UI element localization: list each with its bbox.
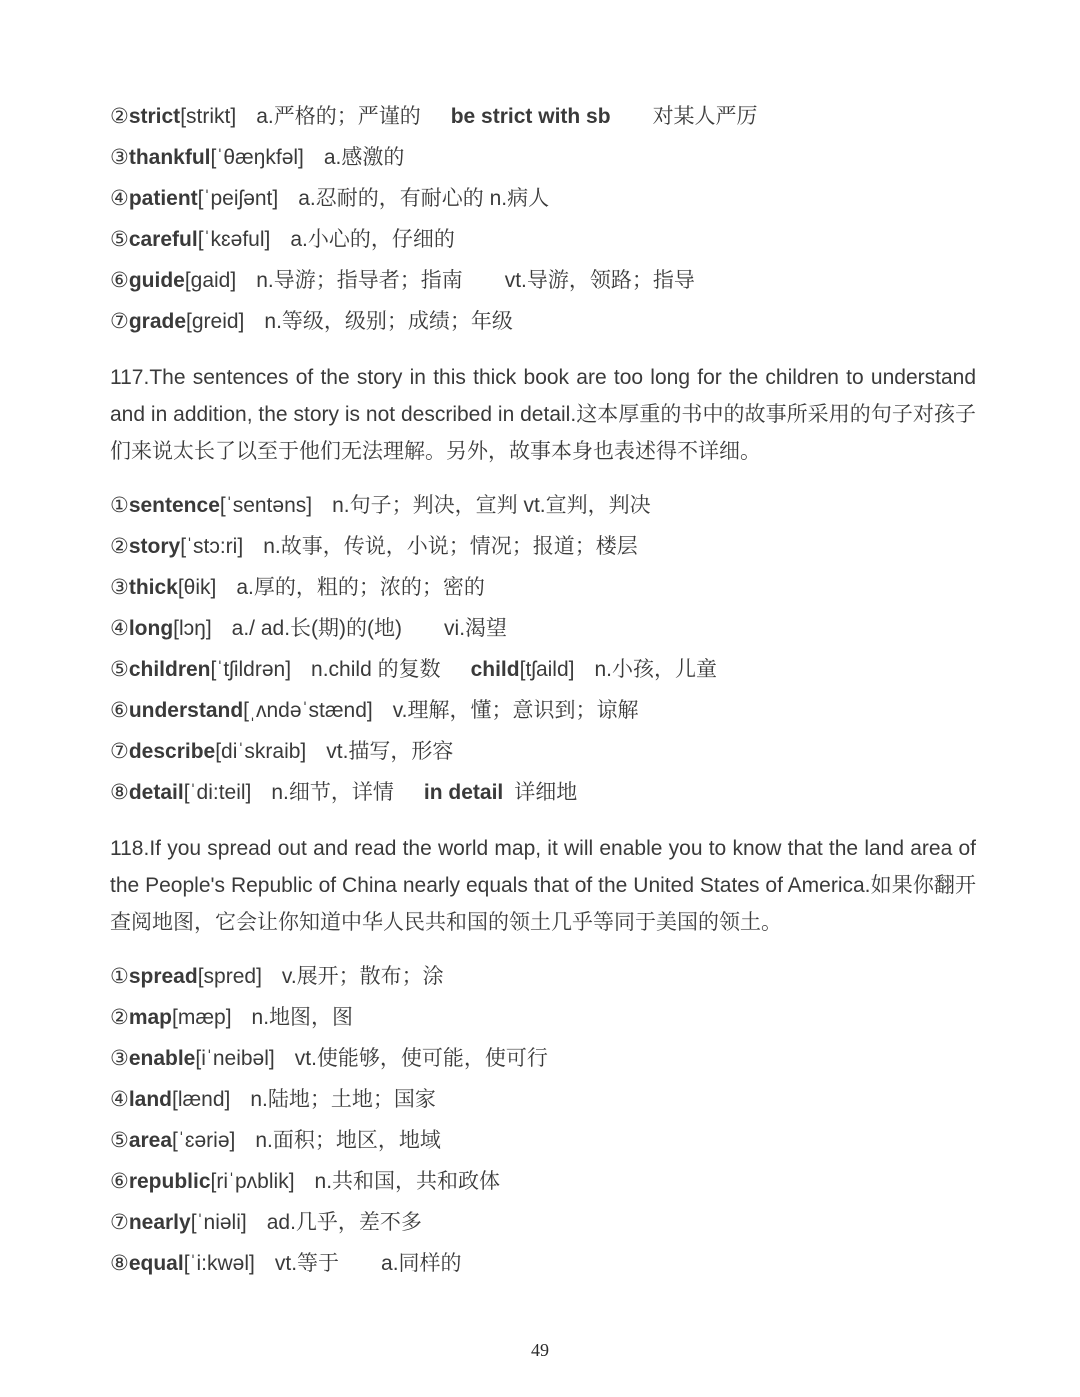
vocab-list-1: ②strict[strikt]a.严格的；严谨的be strict with s… <box>110 96 976 342</box>
entry-phonetic: [lɔŋ] <box>173 617 212 640</box>
vocab-entry: ⑦describe[diˈskraib]vt.描写，形容 <box>110 731 976 772</box>
vocab-entry: ⑤children[ˈtʃildrən]n.child 的复数child[tʃa… <box>110 649 976 690</box>
entry-definition: a.厚的，粗的；浓的；密的 <box>236 576 485 599</box>
entry-phrase: be strict with sb <box>451 105 611 128</box>
entry-phonetic: [ˈtʃildrən] <box>211 658 292 681</box>
entry-phonetic: [ˈsentəns] <box>220 494 312 517</box>
entry-definition: ad.几乎，差不多 <box>267 1211 422 1234</box>
entry-phonetic: [ˈkɛəful] <box>198 228 271 251</box>
vocab-entry: ④patient[ˈpeiʃənt]a.忍耐的，有耐心的 n.病人 <box>110 178 976 219</box>
entry-definition-2: a.同样的 <box>381 1252 462 1275</box>
entry-definition: vt.等于 <box>275 1252 339 1275</box>
sentence-english: If you spread out and read the world map… <box>110 837 976 897</box>
entry-index: ⑦ <box>110 310 129 333</box>
document-page: { "document": { "text_color": "#3a3a3a",… <box>0 0 1080 1397</box>
entry-definition: n.地图，图 <box>252 1006 354 1029</box>
entry-phonetic: [θik] <box>178 576 217 599</box>
entry-phonetic: [ˈniəli] <box>191 1211 247 1234</box>
entry-definition: v.理解，懂；意识到；谅解 <box>393 699 639 722</box>
vocab-entry: ②strict[strikt]a.严格的；严谨的be strict with s… <box>110 96 976 137</box>
entry-word: area <box>129 1129 172 1152</box>
entry-word: nearly <box>129 1211 191 1234</box>
entry-phonetic: [spred] <box>198 965 262 988</box>
entry-index: ② <box>110 105 129 128</box>
entry-index: ⑥ <box>110 699 129 722</box>
entry-word: grade <box>129 310 186 333</box>
vocab-entry: ⑥understand[ˌʌndəˈstænd]v.理解，懂；意识到；谅解 <box>110 690 976 731</box>
entry-index: ⑤ <box>110 658 129 681</box>
entry-word: story <box>129 535 180 558</box>
entry-definition: v.展开；散布；涂 <box>282 965 444 988</box>
entry-definition: a.小心的，仔细的 <box>290 228 455 251</box>
entry-index: ⑤ <box>110 1129 129 1152</box>
vocab-entry: ②map[mæp]n.地图，图 <box>110 997 976 1038</box>
entry-word: enable <box>129 1047 196 1070</box>
entry-index: ④ <box>110 187 129 210</box>
sentence-number: 117. <box>110 366 149 389</box>
vocab-entry: ③enable[iˈneibəl]vt.使能够，使可能，使可行 <box>110 1038 976 1079</box>
entry-index: ④ <box>110 1088 129 1111</box>
entry-phonetic: [mæp] <box>172 1006 232 1029</box>
entry-phonetic: [greid] <box>186 310 244 333</box>
entry-definition: n.导游；指导者；指南 <box>256 269 463 292</box>
entry-definition: n.面积；地区，地域 <box>255 1129 441 1152</box>
sentence-number: 118. <box>110 837 149 860</box>
entry-phrase: in detail <box>424 781 503 804</box>
entry-index: ② <box>110 1006 129 1029</box>
entry-word: thankful <box>129 146 211 169</box>
entry-phonetic: [diˈskraib] <box>215 740 306 763</box>
entry-phrase-definition: 对某人严厉 <box>653 105 758 128</box>
vocab-list-2: ①sentence[ˈsentəns]n.句子；判决，宣判 vt.宣判，判决 ②… <box>110 485 976 813</box>
entry-phonetic: [lænd] <box>172 1088 230 1111</box>
entry-phonetic: [ˈpeiʃənt] <box>198 187 279 210</box>
document-content: ②strict[strikt]a.严格的；严谨的be strict with s… <box>110 96 976 1284</box>
vocab-entry: ②story[ˈstɔ:ri]n.故事，传说，小说；情况；报道；楼层 <box>110 526 976 567</box>
entry-word: patient <box>129 187 198 210</box>
vocab-entry: ⑦nearly[ˈniəli]ad.几乎，差不多 <box>110 1202 976 1243</box>
vocab-entry: ⑧equal[ˈi:kwəl]vt.等于a.同样的 <box>110 1243 976 1284</box>
entry-definition: vt.使能够，使可能，使可行 <box>295 1047 548 1070</box>
entry-definition-2: vt.导游，领路；指导 <box>505 269 695 292</box>
entry-word: republic <box>129 1170 211 1193</box>
entry-index: ⑧ <box>110 1252 129 1275</box>
entry-definition: a.忍耐的，有耐心的 n.病人 <box>298 187 549 210</box>
entry-phonetic: [ˌʌndəˈstænd] <box>243 699 373 722</box>
entry-index: ② <box>110 535 129 558</box>
entry-word: detail <box>129 781 184 804</box>
entry-index: ① <box>110 965 129 988</box>
entry-word: strict <box>129 105 180 128</box>
entry-index: ⑦ <box>110 740 129 763</box>
entry-definition-2: vi.渴望 <box>444 617 507 640</box>
vocab-entry: ③thick[θik]a.厚的，粗的；浓的；密的 <box>110 567 976 608</box>
entry-phonetic: [ˈθæŋkfəl] <box>211 146 304 169</box>
entry-definition: a.感激的 <box>324 146 405 169</box>
entry-index: ③ <box>110 146 129 169</box>
entry-definition: n.等级，级别；成绩；年级 <box>264 310 513 333</box>
entry-phonetic: [ˈstɔ:ri] <box>180 535 243 558</box>
vocab-entry: ④long[lɔŋ]a./ ad.长(期)的(地)vi.渴望 <box>110 608 976 649</box>
vocab-entry: ⑧detail[ˈdi:teil]n.细节，详情in detail详细地 <box>110 772 976 813</box>
entry-word: long <box>129 617 173 640</box>
vocab-entry: ①spread[spred]v.展开；散布；涂 <box>110 956 976 997</box>
entry-word: understand <box>129 699 243 722</box>
entry-index: ④ <box>110 617 129 640</box>
entry-word: map <box>129 1006 172 1029</box>
entry-word: land <box>129 1088 172 1111</box>
entry-definition: n.陆地；土地；国家 <box>250 1088 436 1111</box>
entry-phonetic: [ˈdi:teil] <box>184 781 252 804</box>
entry-definition: vt.描写，形容 <box>326 740 453 763</box>
entry-phonetic: [riˈpʌblik] <box>211 1170 295 1193</box>
entry-phonetic: [ˈi:kwəl] <box>184 1252 255 1275</box>
entry-word: equal <box>129 1252 184 1275</box>
entry-definition: n.child 的复数 <box>311 658 441 681</box>
entry-phonetic: [strikt] <box>180 105 236 128</box>
vocab-entry: ④land[lænd]n.陆地；土地；国家 <box>110 1079 976 1120</box>
entry-index: ⑥ <box>110 1170 129 1193</box>
entry-definition: n.句子；判决，宣判 vt.宣判，判决 <box>332 494 651 517</box>
entry-phonetic-2: [tʃaild] <box>520 658 575 681</box>
entry-word: sentence <box>129 494 220 517</box>
vocab-entry: ⑤area[ˈɛəriə]n.面积；地区，地域 <box>110 1120 976 1161</box>
entry-phonetic: [iˈneibəl] <box>195 1047 274 1070</box>
entry-definition: a.严格的；严谨的 <box>256 105 421 128</box>
entry-phonetic: [gaid] <box>185 269 236 292</box>
sentence-118: 118.If you spread out and read the world… <box>110 830 976 941</box>
vocab-entry: ①sentence[ˈsentəns]n.句子；判决，宣判 vt.宣判，判决 <box>110 485 976 526</box>
entry-index: ⑦ <box>110 1211 129 1234</box>
entry-phonetic: [ˈɛəriə] <box>172 1129 235 1152</box>
entry-word: spread <box>129 965 198 988</box>
entry-word: describe <box>129 740 215 763</box>
entry-definition-2: n.小孩，儿童 <box>594 658 717 681</box>
entry-definition: n.故事，传说，小说；情况；报道；楼层 <box>263 535 638 558</box>
entry-definition: n.细节，详情 <box>271 781 394 804</box>
vocab-entry: ⑤careful[ˈkɛəful]a.小心的，仔细的 <box>110 219 976 260</box>
vocab-entry: ⑦grade[greid]n.等级，级别；成绩；年级 <box>110 301 976 342</box>
entry-word-2: child <box>471 658 520 681</box>
entry-index: ⑧ <box>110 781 129 804</box>
entry-definition: a./ ad.长(期)的(地) <box>232 617 402 640</box>
vocab-entry: ⑥guide[gaid]n.导游；指导者；指南vt.导游，领路；指导 <box>110 260 976 301</box>
entry-index: ⑤ <box>110 228 129 251</box>
vocab-entry: ⑥republic[riˈpʌblik]n.共和国，共和政体 <box>110 1161 976 1202</box>
entry-definition: n.共和国，共和政体 <box>315 1170 501 1193</box>
vocab-list-3: ①spread[spred]v.展开；散布；涂 ②map[mæp]n.地图，图 … <box>110 956 976 1284</box>
entry-phrase-definition: 详细地 <box>514 781 577 804</box>
entry-index: ③ <box>110 1047 129 1070</box>
entry-word: children <box>129 658 211 681</box>
vocab-entry: ③thankful[ˈθæŋkfəl]a.感激的 <box>110 137 976 178</box>
entry-index: ① <box>110 494 129 517</box>
sentence-117: 117.The sentences of the story in this t… <box>110 359 976 470</box>
entry-word: thick <box>129 576 178 599</box>
entry-index: ③ <box>110 576 129 599</box>
entry-index: ⑥ <box>110 269 129 292</box>
page-number: 49 <box>0 1340 1080 1361</box>
entry-word: guide <box>129 269 185 292</box>
entry-word: careful <box>129 228 198 251</box>
